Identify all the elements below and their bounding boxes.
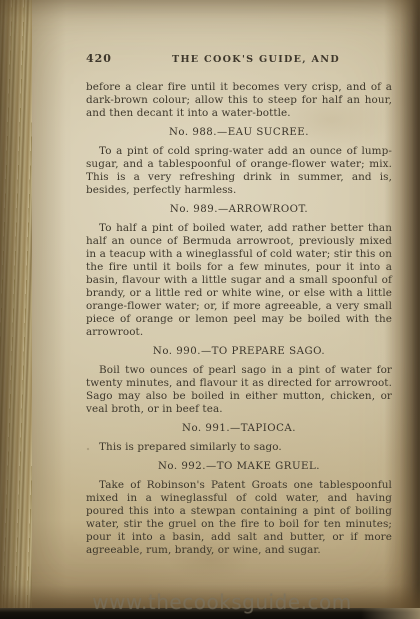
watermark-text: www.thecooksguide.com [12, 590, 420, 614]
recipe-paragraph-989: To half a pint of boiled water, add rath… [86, 222, 392, 339]
recipe-heading-989: No. 989.—ARROWROOT. [86, 203, 392, 216]
scanned-book-page: 420 THE COOK'S GUIDE, AND before a clear… [0, 0, 420, 619]
book-gutter-page-edges [0, 0, 32, 619]
recipe-heading-991: No. 991.—TAPIOCA. [86, 422, 392, 435]
continuation-paragraph: before a clear fire until it becomes ver… [86, 81, 392, 120]
page-number: 420 [86, 52, 112, 65]
page-header: 420 THE COOK'S GUIDE, AND [86, 52, 392, 66]
recipe-paragraph-988: To a pint of cold spring-water add an ou… [86, 145, 392, 197]
page-content: 420 THE COOK'S GUIDE, AND before a clear… [86, 52, 392, 557]
recipe-heading-992: No. 992.—TO MAKE GRUEL. [86, 460, 392, 473]
recipe-paragraph-992: Take of Robinson's Patent Groats one tab… [86, 479, 392, 557]
gutter-inner-shadow [32, 0, 66, 619]
recipe-heading-988: No. 988.—EAU SUCREE. [86, 126, 392, 139]
recipe-paragraph-991: This is prepared similarly to sago. [86, 441, 392, 454]
running-title: THE COOK'S GUIDE, AND [112, 53, 392, 66]
recipe-heading-990: No. 990.—TO PREPARE SAGO. [86, 345, 392, 358]
recipe-paragraph-990: Boil two ounces of pearl sago in a pint … [86, 364, 392, 416]
